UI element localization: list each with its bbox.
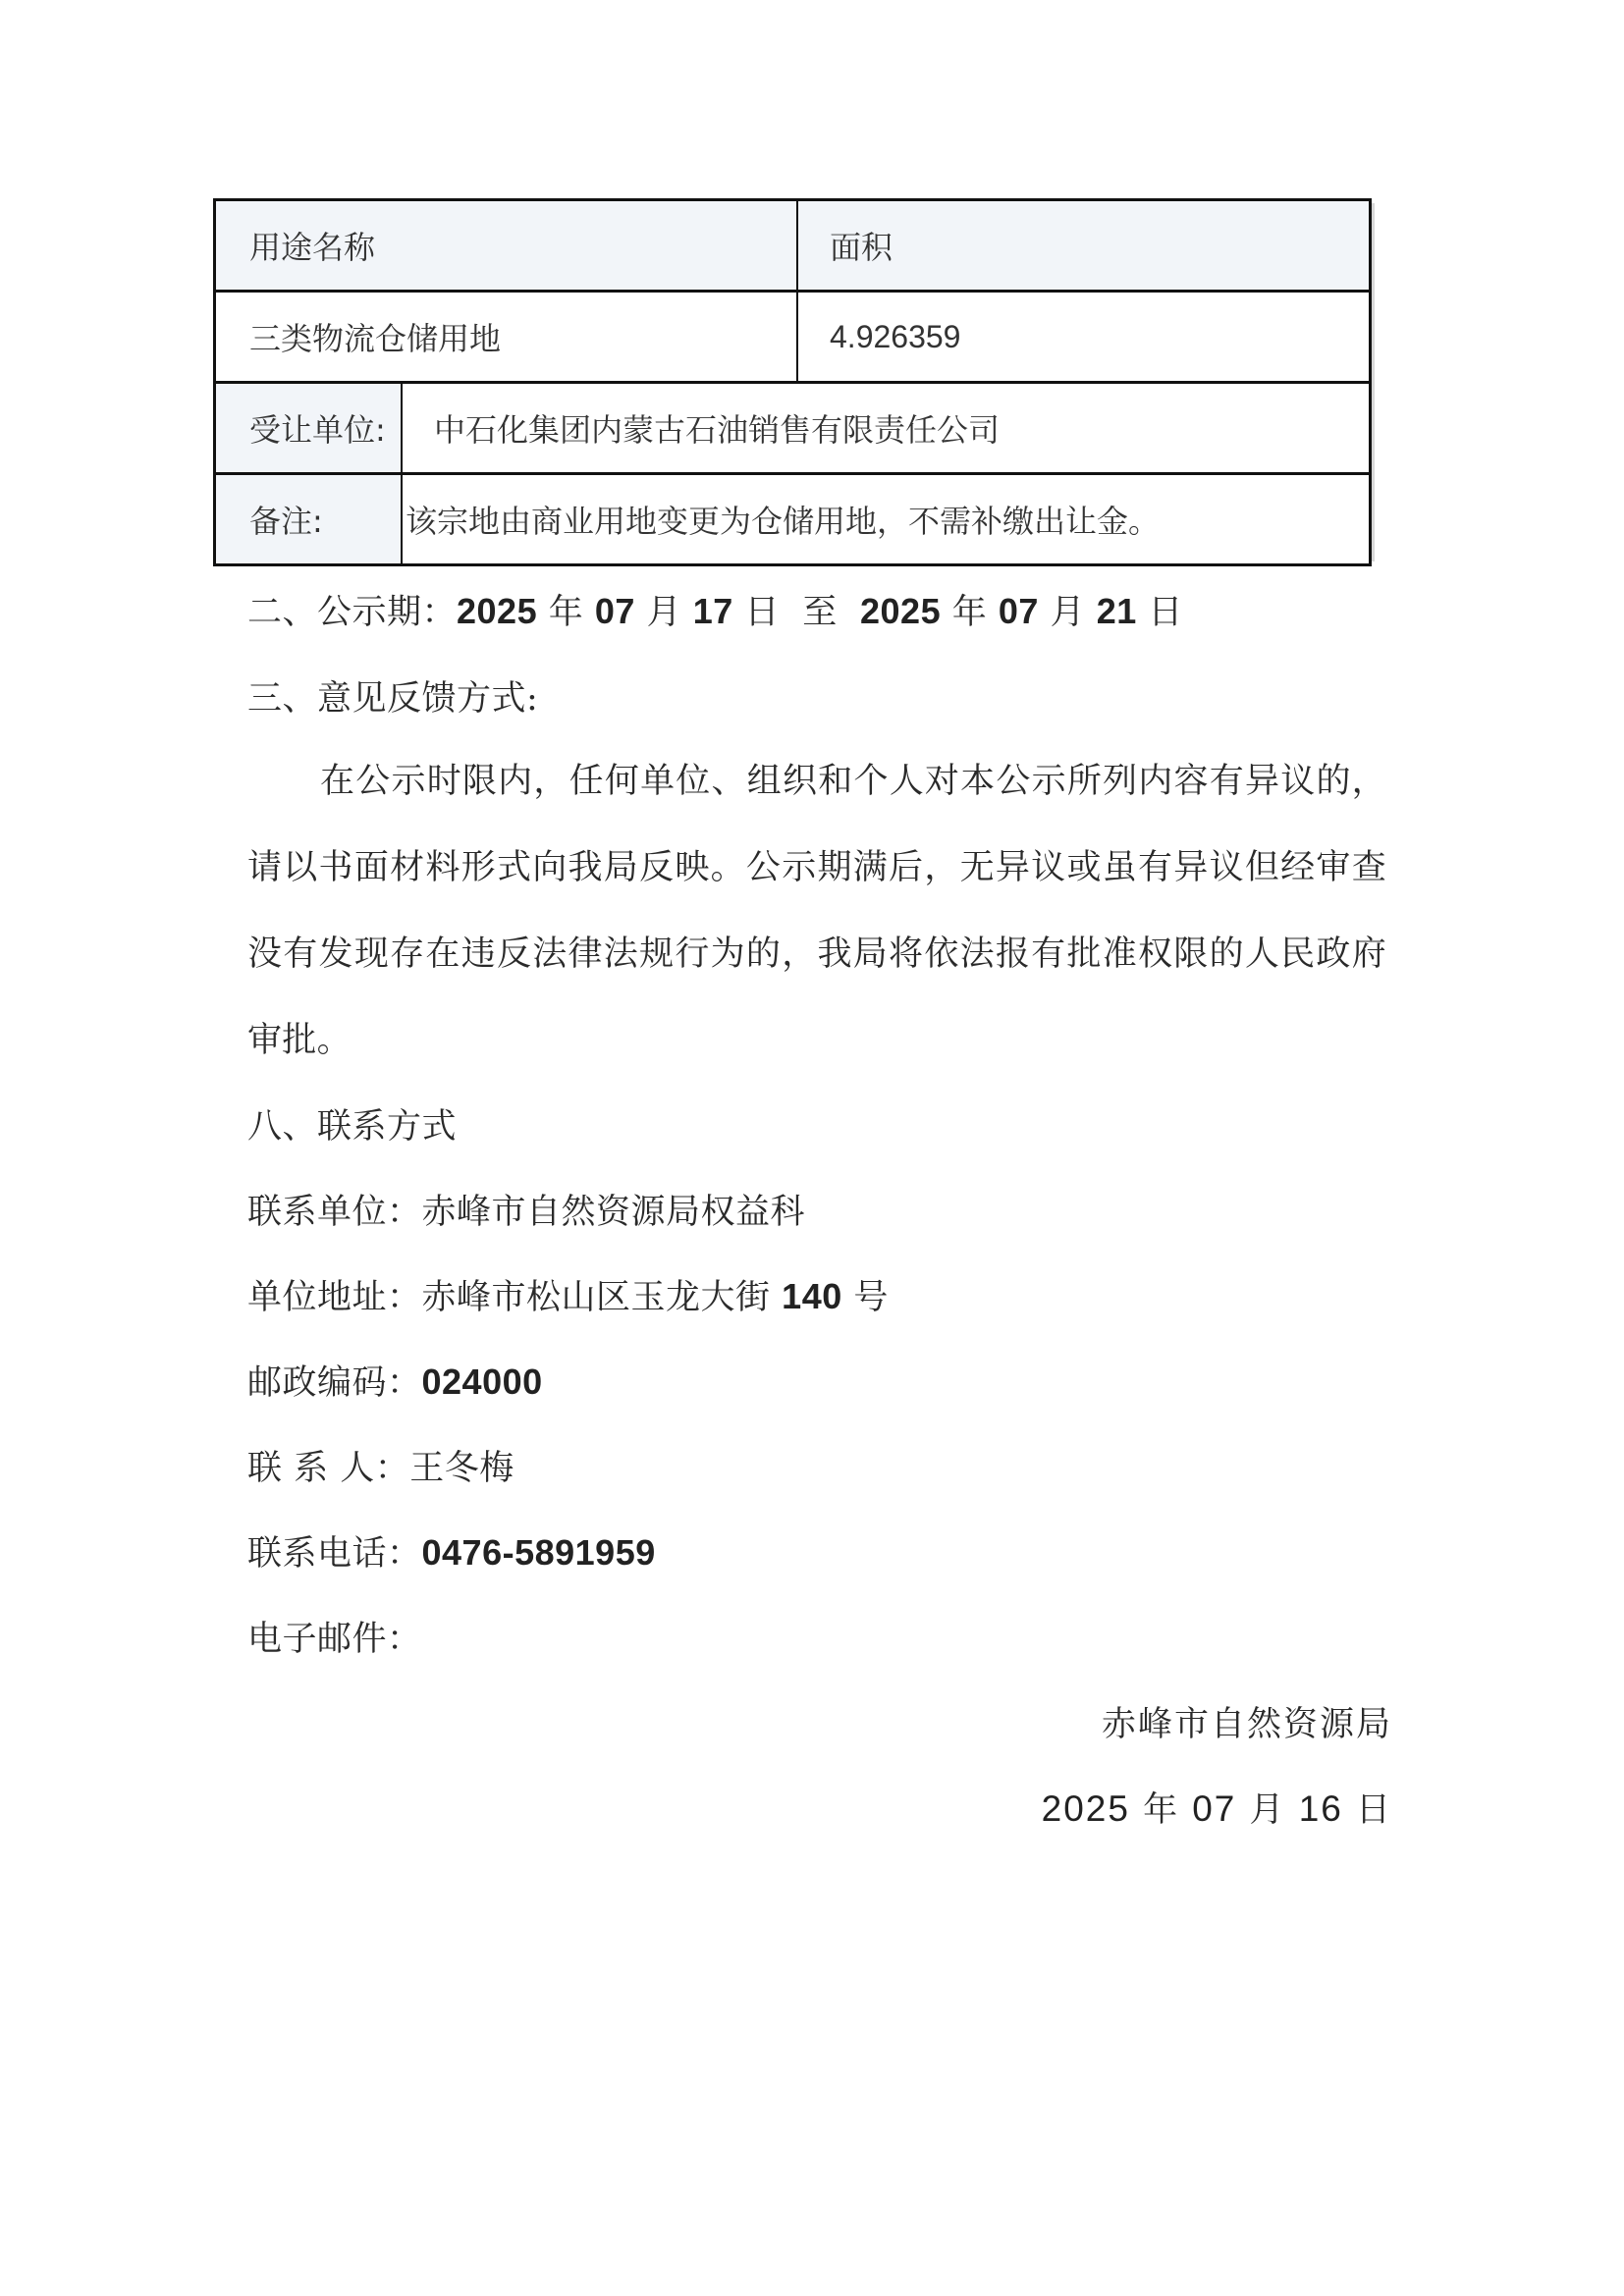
remark-value: 该宗地由商业用地变更为仓储用地，不需补缴出让金。 [403,475,1369,563]
address-label: 单位地址： [247,1278,422,1317]
remark-label: 备注: [216,475,403,563]
year-unit: 年 [952,593,988,632]
postcode-label: 邮政编码： [247,1363,422,1403]
feedback-paragraph: 在公示时限内，任何单位、组织和个人对本公示所列内容有异议的，请以书面材料形式向我… [247,738,1386,1084]
day-unit: 日 [1148,593,1183,632]
signature-day: 16 [1299,1789,1343,1829]
signature-org: 赤峰市自然资源局 [1102,1697,1392,1746]
start-day: 17 [693,591,733,631]
signature-month: 07 [1192,1789,1236,1829]
postcode-line: 邮政编码：024000 [247,1356,543,1405]
publicity-period-line: 二、公示期：2025 年 07 月 17 日 至 2025 年 07 月 21 … [247,585,1183,634]
contact-title: 八、联系方式 [247,1099,457,1148]
phone-line: 联系电话：0476-5891959 [247,1526,656,1575]
start-month: 07 [595,591,635,631]
month-unit: 月 [1250,1790,1286,1830]
contact-unit-label: 联系单位： [247,1193,422,1232]
document-page: 用途名称 面积 三类物流仓储用地 4.926359 受让单位: 中石化集团内蒙古… [0,0,1624,2296]
day-unit: 日 [744,593,780,632]
publicity-period-label: 二、公示期： [247,593,457,632]
end-month: 07 [999,591,1039,631]
end-year: 2025 [860,591,941,631]
contact-unit-line: 联系单位：赤峰市自然资源局权益科 [247,1185,805,1234]
contact-unit-value: 赤峰市自然资源局权益科 [422,1193,806,1232]
header-usage-name: 用途名称 [216,201,798,290]
to-label: 至 [802,593,838,632]
signature-date: 2025 年 07 月 16 日 [1042,1783,1392,1832]
phone-value: 0476-5891959 [422,1532,656,1573]
year-unit: 年 [549,593,584,632]
contact-person-value: 王冬梅 [409,1449,514,1488]
area-value: 4.926359 [798,293,1369,381]
transferee-label: 受让单位: [216,384,403,472]
remark-row: 备注: 该宗地由商业用地变更为仓储用地，不需补缴出让金。 [216,475,1369,563]
land-info-table: 用途名称 面积 三类物流仓储用地 4.926359 受让单位: 中石化集团内蒙古… [213,198,1372,566]
postcode-value: 024000 [422,1362,543,1402]
email-label: 电子邮件： [247,1620,422,1659]
table-header-row: 用途名称 面积 [216,201,1369,293]
day-unit: 日 [1356,1790,1392,1830]
phone-label: 联系电话： [247,1534,422,1574]
address-line: 单位地址：赤峰市松山区玉龙大街 140 号 [247,1270,889,1319]
year-unit: 年 [1143,1790,1179,1830]
usage-value: 三类物流仓储用地 [216,293,798,381]
contact-person-label: 联 系 人： [247,1449,409,1488]
month-unit: 月 [1051,593,1086,632]
feedback-title: 三、意见反馈方式: [247,671,538,721]
table-row: 三类物流仓储用地 4.926359 [216,293,1369,384]
signature-year: 2025 [1042,1789,1130,1829]
address-text: 赤峰市松山区玉龙大街 [422,1278,771,1317]
transferee-value: 中石化集团内蒙古石油销售有限责任公司 [403,384,1369,472]
month-unit: 月 [647,593,682,632]
address-number: 140 [782,1276,842,1316]
start-year: 2025 [457,591,537,631]
email-line: 电子邮件： [247,1612,422,1661]
header-area: 面积 [798,201,1369,290]
transferee-row: 受让单位: 中石化集团内蒙古石油销售有限责任公司 [216,384,1369,475]
address-suffix: 号 [853,1278,889,1317]
contact-person-line: 联 系 人：王冬梅 [247,1441,514,1490]
end-day: 21 [1097,591,1137,631]
